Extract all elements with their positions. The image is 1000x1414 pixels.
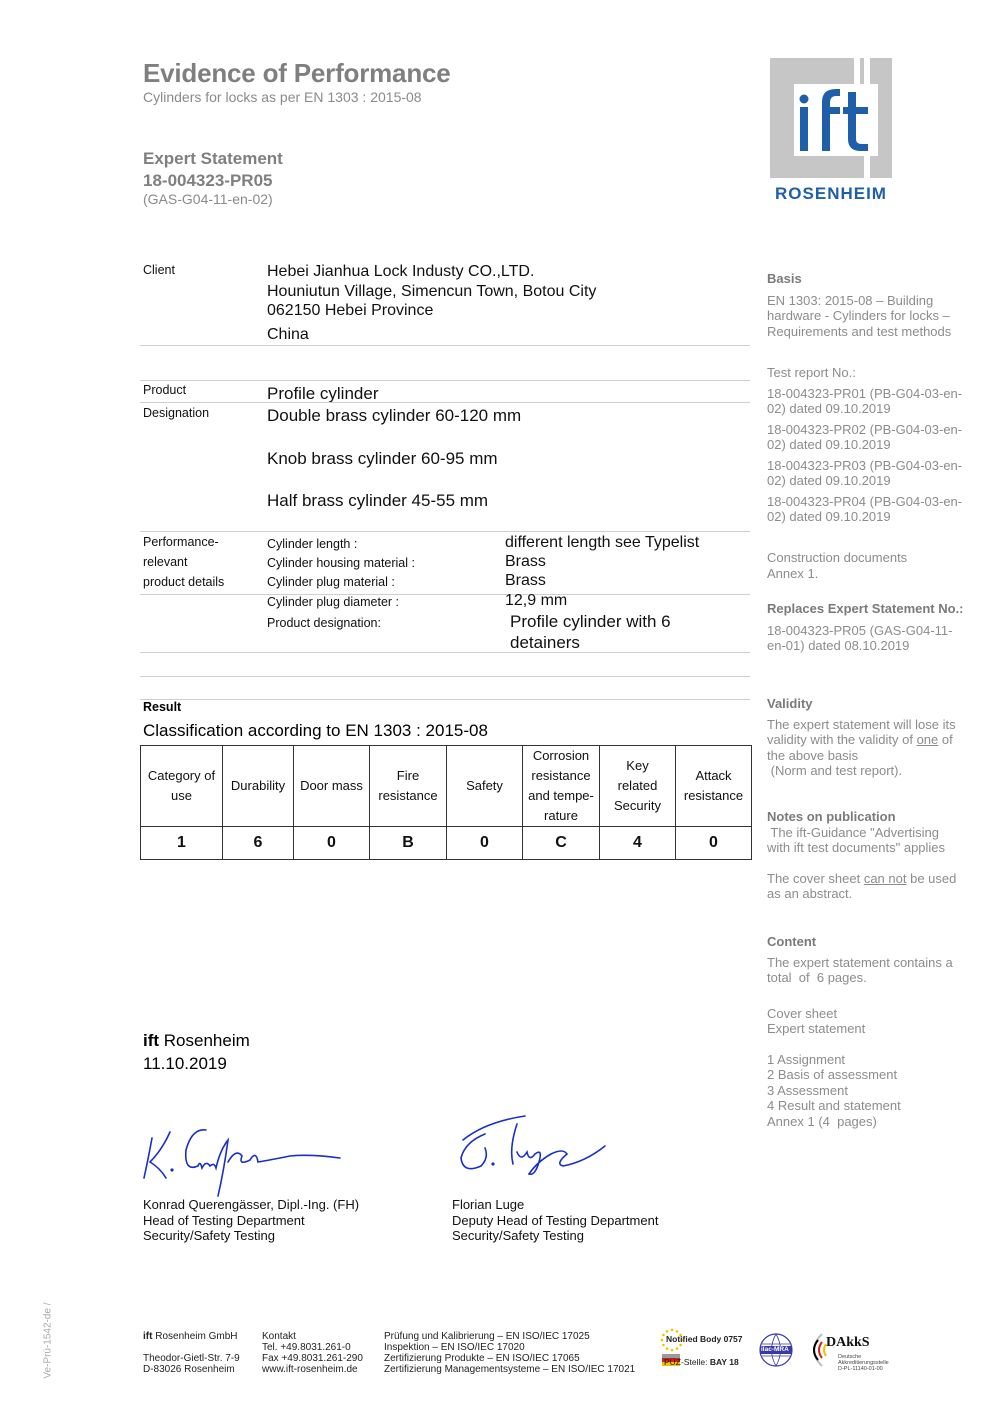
detail-row-value: Brass	[505, 572, 546, 590]
details-label: Performance-	[143, 535, 219, 549]
construction-docs: Construction documents Annex 1.	[767, 550, 972, 581]
basis-text: EN 1303: 2015-08 – Building hardware - C…	[767, 293, 972, 340]
content-heading: Content	[767, 934, 972, 950]
statement-label: Expert Statement	[143, 149, 283, 169]
classification-value: C	[523, 827, 600, 860]
classification-value: 6	[223, 827, 294, 860]
classification-value: 4	[600, 827, 676, 860]
issue-date: 11.10.2019	[143, 1054, 227, 1074]
classification-value: 1	[141, 827, 223, 860]
signature-luge-icon	[455, 1112, 625, 1182]
test-report-label: Test report No.:	[767, 365, 972, 381]
classification-value: 0	[676, 827, 752, 860]
divider	[140, 699, 750, 700]
content-section: Content The expert statement contains a …	[767, 934, 972, 1129]
detail-row-label: Cylinder length :	[267, 537, 357, 551]
detail-row-value: detainers	[510, 633, 580, 653]
designation-item: Half brass cylinder 45-55 mm	[267, 491, 488, 511]
client-country: China	[267, 326, 309, 344]
issuing-organization: ift Rosenheim	[143, 1031, 250, 1051]
product-label: Product	[143, 383, 186, 397]
signer-role: Head of Testing Department	[143, 1213, 359, 1229]
divider	[140, 594, 750, 595]
signer-department: Security/Safety Testing	[452, 1228, 658, 1244]
classification-column-header: Corrosionresistanceand tempe-rature	[523, 746, 600, 827]
detail-row-label: Cylinder housing material :	[267, 556, 415, 570]
detail-row-label: Cylinder plug material :	[267, 575, 395, 589]
detail-row-value: Brass	[505, 553, 546, 571]
document-title: Evidence of Performance	[143, 58, 451, 89]
basis-heading: Basis	[767, 271, 972, 287]
footer-accreditations: Prüfung und Kalibrierung – EN ISO/IEC 17…	[384, 1331, 635, 1375]
classification-value: 0	[447, 827, 523, 860]
classification-column-header: Durability	[223, 746, 294, 827]
test-reports-section: Test report No.: 18-004323-PR01 (PB-G04-…	[767, 365, 972, 525]
signer-role: Deputy Head of Testing Department	[452, 1213, 658, 1229]
replaces-heading: Replaces Expert Statement No.:	[767, 601, 972, 617]
divider	[140, 380, 750, 381]
classification-column-header: Attackresistance	[676, 746, 752, 827]
classification-column-header: KeyrelatedSecurity	[600, 746, 676, 827]
client-label: Client	[143, 263, 175, 277]
classification-column-header: Safety	[447, 746, 523, 827]
signer-name: Florian Luge	[452, 1197, 658, 1213]
detail-row-value: Profile cylinder with 6	[510, 612, 671, 632]
classification-column-header: Fireresistance	[370, 746, 447, 827]
signer-block: Konrad Querengässer, Dipl.-Ing. (FH) Hea…	[143, 1197, 359, 1244]
details-label: product details	[143, 575, 224, 589]
client-address-line: Houniutun Village, Simencun Town, Botou …	[267, 283, 596, 301]
ift-rosenheim-logo: ROSENHEIM	[768, 56, 894, 206]
classification-value: 0	[294, 827, 370, 860]
product-value: Profile cylinder	[267, 384, 379, 404]
replaces-section: Replaces Expert Statement No.: 18-004323…	[767, 601, 972, 654]
signer-block: Florian Luge Deputy Head of Testing Depa…	[452, 1197, 658, 1244]
classification-title: Classification according to EN 1303 : 20…	[143, 721, 488, 741]
ift-logo-icon: ROSENHEIM	[768, 56, 894, 206]
signer-name: Konrad Querengässer, Dipl.-Ing. (FH)	[143, 1197, 359, 1213]
detail-row-label: Product designation:	[267, 616, 381, 630]
website-link[interactable]: www.ift-rosenheim.de	[262, 1364, 363, 1375]
classification-value: B	[370, 827, 447, 860]
detail-row-value: different length see Typelist	[505, 534, 699, 552]
divider	[140, 531, 750, 532]
footer-company: ift Rosenheim GmbH Theodor-Gietl-Str. 7-…	[143, 1331, 240, 1375]
client-name: Hebei Jianhua Lock Industy CO.,LTD.	[267, 263, 534, 281]
client-address-line: 062150 Hebei Province	[267, 302, 433, 320]
detail-row-value: 12,9 mm	[505, 592, 567, 610]
test-report-item: 18-004323-PR02 (PB-G04-03-en- 02) dated …	[767, 422, 972, 453]
divider	[140, 402, 750, 403]
notes-heading: Notes on publication	[767, 809, 972, 825]
footer-contact: Kontakt Tel. +49.8031.261-0 Fax +49.8031…	[262, 1331, 363, 1375]
divider	[140, 345, 750, 346]
classification-table: Category ofuseDurabilityDoor massFireres…	[140, 745, 752, 860]
dakks-badge: DAkkS Deutsche Akkreditierungsstelle D-P…	[802, 1330, 902, 1374]
divider	[140, 676, 750, 677]
ilac-mra-badge: ilac-MRA	[757, 1332, 795, 1368]
detail-row-label: Cylinder plug diameter :	[267, 595, 399, 609]
divider	[140, 652, 750, 653]
classification-value-row: 160B0C40	[141, 827, 752, 860]
notes-section: Notes on publication The ift-Guidance "A…	[767, 809, 972, 902]
form-code-vertical: Ve-Prü-1542-de /	[43, 1301, 54, 1381]
statement-number: 18-004323-PR05	[143, 171, 272, 191]
classification-header-row: Category ofuseDurabilityDoor massFireres…	[141, 746, 752, 827]
signature-querengasser-icon	[140, 1120, 350, 1200]
designation-label: Designation	[143, 406, 209, 420]
details-label: relevant	[143, 555, 187, 569]
classification-column-header: Category ofuse	[141, 746, 223, 827]
basis-section: Basis EN 1303: 2015-08 – Building hardwa…	[767, 271, 972, 339]
statement-code: (GAS-G04-11-en-02)	[143, 191, 273, 207]
test-report-item: 18-004323-PR01 (PB-G04-03-en- 02) dated …	[767, 386, 972, 417]
classification-column-header: Door mass	[294, 746, 370, 827]
result-label: Result	[143, 700, 181, 714]
notified-body-badge: Notified Body 0757 PÜZ-Stelle: BAY 18	[660, 1326, 750, 1374]
validity-section: Validity The expert statement will lose …	[767, 696, 972, 779]
signer-department: Security/Safety Testing	[143, 1228, 359, 1244]
validity-heading: Validity	[767, 696, 972, 712]
svg-text:ROSENHEIM: ROSENHEIM	[775, 184, 887, 203]
test-report-item: 18-004323-PR03 (PB-G04-03-en- 02) dated …	[767, 458, 972, 489]
document-subtitle: Cylinders for locks as per EN 1303 : 201…	[143, 89, 422, 105]
designation-item: Double brass cylinder 60-120 mm	[267, 406, 521, 426]
test-report-item: 18-004323-PR04 (PB-G04-03-en- 02) dated …	[767, 494, 972, 525]
designation-item: Knob brass cylinder 60-95 mm	[267, 449, 498, 469]
